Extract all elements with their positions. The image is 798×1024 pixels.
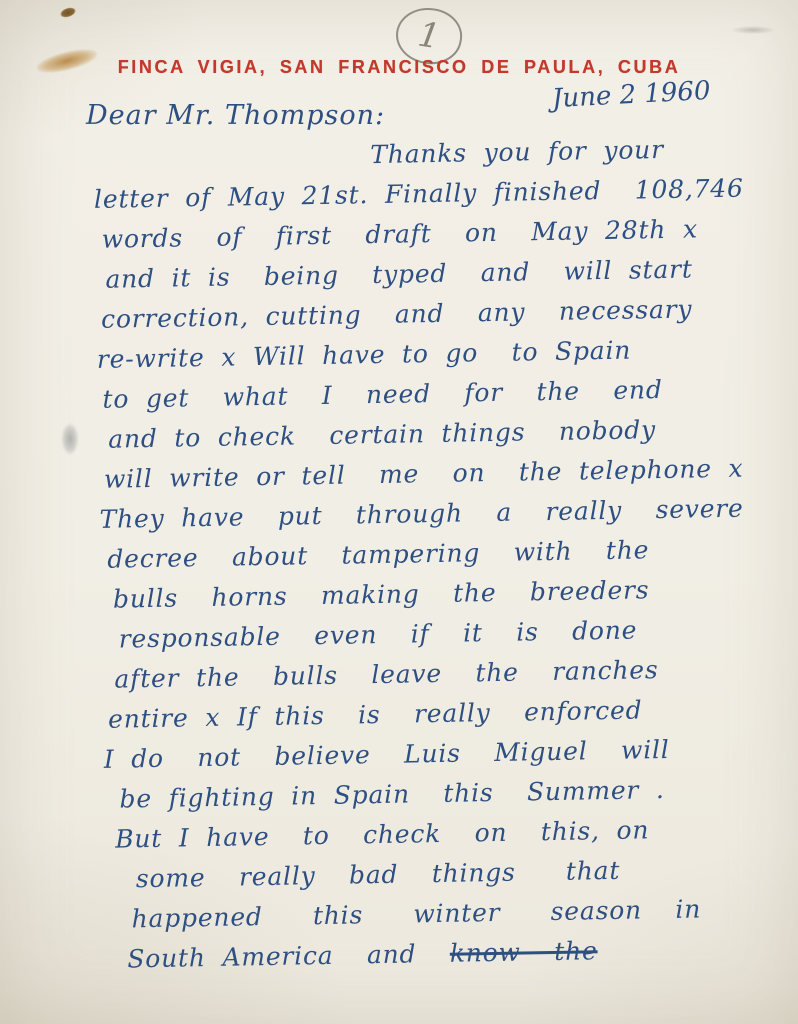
- handwritten-text: But I have to check on this, on: [115, 815, 650, 853]
- handwritten-text: some really bad things that: [136, 856, 621, 893]
- handwritten-text: They have put through a really severe: [99, 494, 744, 534]
- stain-speck-top: [59, 6, 77, 20]
- handwritten-text: and to check certain things nobody: [108, 415, 656, 454]
- letter-date: June 2 1960: [551, 76, 711, 114]
- handwritten-text: words of first draft on May 28th x: [101, 214, 698, 253]
- struck-out-text: know the: [450, 936, 598, 968]
- handwritten-line: Thanks you for your: [370, 128, 754, 175]
- letter-body: Thanks you for yourletter of May 21st. F…: [88, 128, 768, 979]
- scanned-letter-page: 1 FINCA VIGIA, SAN FRANCISCO DE PAULA, C…: [0, 0, 798, 1024]
- handwritten-text: bulls horns making the breeders: [113, 575, 650, 613]
- handwritten-text: happened this winter season in: [131, 894, 701, 933]
- smudge-left-edge: [62, 424, 78, 454]
- handwritten-text: after the bulls leave the ranches: [114, 655, 659, 693]
- handwritten-text: decree about tampering with the: [107, 535, 649, 573]
- handwritten-text: I do not believe Luis Miguel will: [104, 735, 670, 774]
- handwritten-text: be fighting in Spain this Summer .: [119, 775, 665, 814]
- handwritten-text: correction, cutting and any necessary: [101, 294, 693, 333]
- handwritten-text: responsable even if it is done: [118, 615, 637, 653]
- page-number-text: 1: [415, 15, 443, 58]
- handwritten-text: entire x If this is really enforced: [108, 695, 643, 733]
- salutation: Dear Mr. Thompson:: [86, 100, 385, 131]
- faint-mark-top-right: [732, 26, 774, 34]
- handwritten-text: re-write x Will have to go to Spain: [97, 336, 632, 374]
- handwritten-text: Thanks you for your: [370, 135, 664, 169]
- handwritten-text: South America and: [127, 939, 450, 974]
- handwritten-text: letter of May 21st. Finally finished 108…: [94, 174, 744, 214]
- letterhead: FINCA VIGIA, SAN FRANCISCO DE PAULA, CUB…: [0, 57, 798, 78]
- handwritten-text: to get what I need for the end: [102, 375, 663, 414]
- handwritten-text: and it is being typed and will start: [105, 254, 693, 293]
- handwritten-text: will write or tell me on the telephone x: [104, 454, 744, 494]
